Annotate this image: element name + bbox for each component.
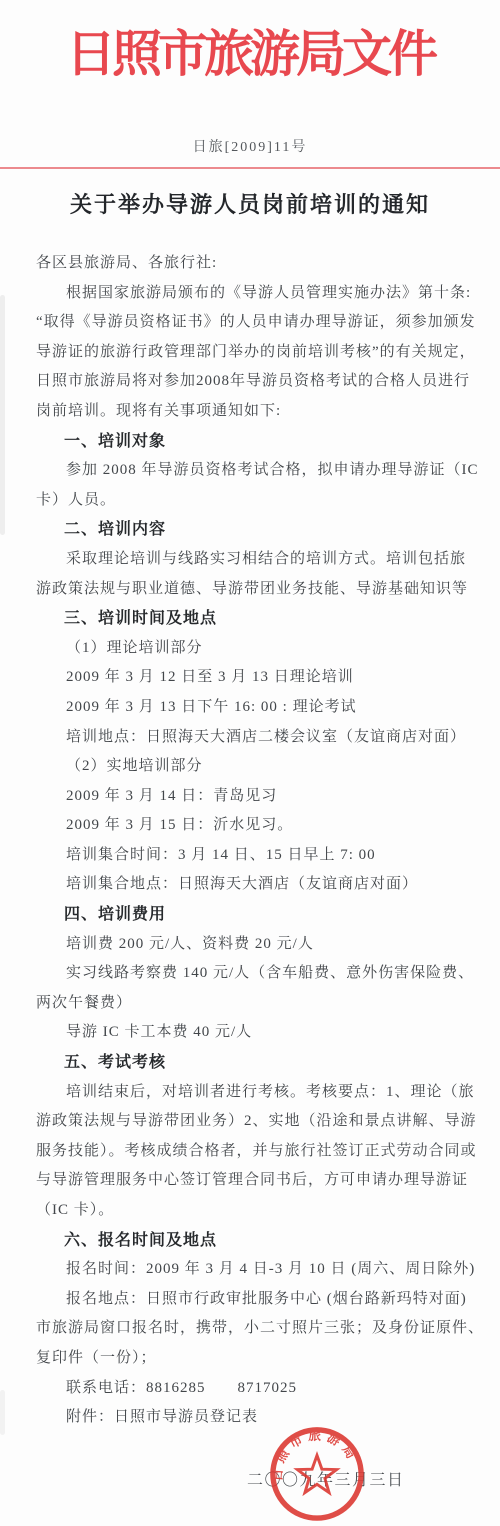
scan-artifact bbox=[0, 1390, 5, 1435]
body-line: 采取理论培训与线路实习相结合的培训方式。培训包括旅 bbox=[36, 545, 482, 575]
body-line: 游政策法规与导游带团业务）2、实地（沿途和景点讲解、导游 bbox=[36, 1107, 482, 1137]
document-page: 日照市旅游局文件 日旅[2009]11号 关于举办导游人员岗前培训的通知 各区县… bbox=[0, 0, 500, 1526]
scan-artifact bbox=[0, 295, 5, 535]
body-line: 实习线路考察费 140 元/人（含车船费、意外伤害保险费、 bbox=[36, 959, 482, 989]
agency-title: 日照市旅游局文件 bbox=[0, 14, 500, 86]
body-line: 报名地点：日照市行政审批服务中心 (烟台路新玛特对面) bbox=[36, 1285, 482, 1315]
body-line: 培训地点：日照海天大酒店二楼会议室（友谊商店对面） bbox=[36, 723, 482, 753]
seal-circle bbox=[273, 1430, 361, 1518]
red-divider-rule bbox=[0, 167, 500, 169]
body-line: （2）实地培训部分 bbox=[36, 752, 482, 782]
body-line: 游政策法规与职业道德、导游带团业务技能、导游基础知识等 bbox=[36, 575, 482, 605]
body-line: 培训集合地点：日照海天大酒店（友谊商店对面） bbox=[36, 870, 482, 900]
body-line: 培训集合时间：3 月 14 日、15 日早上 7: 00 bbox=[36, 841, 482, 871]
body-line: 根据国家旅游局颁布的《导游人员管理实施办法》第十条: bbox=[36, 279, 482, 309]
body-line: 各区县旅游局、各旅行社: bbox=[36, 249, 482, 279]
body-line: （IC 卡）。 bbox=[36, 1196, 482, 1226]
document-body: 各区县旅游局、各旅行社:根据国家旅游局颁布的《导游人员管理实施办法》第十条:“取… bbox=[36, 249, 482, 1433]
body-line: 六、报名时间及地点 bbox=[36, 1226, 482, 1256]
body-line: 卡）人员。 bbox=[36, 486, 482, 516]
doc-number: 日旅[2009]11号 bbox=[0, 136, 500, 156]
body-line: 联系电话：8816285 8717025 bbox=[36, 1374, 482, 1404]
seal-arc-text: 日照市旅游局 bbox=[269, 1428, 361, 1482]
body-line: 三、培训时间及地点 bbox=[36, 604, 482, 634]
body-line: 一、培训对象 bbox=[36, 427, 482, 457]
document-title: 关于举办导游人员岗前培训的通知 bbox=[0, 188, 500, 219]
body-line: 五、考试考核 bbox=[36, 1048, 482, 1078]
body-line: 市旅游局窗口报名时，携带，小二寸照片三张；及身份证原件、 bbox=[36, 1314, 482, 1344]
official-seal-icon: 日照市旅游局 bbox=[268, 1423, 366, 1523]
body-line: 导游 IC 卡工本费 40 元/人 bbox=[36, 1018, 482, 1048]
body-line: 日照市旅游局将对参加2008年导游员资格考试的合格人员进行 bbox=[36, 367, 482, 397]
body-line: （1）理论培训部分 bbox=[36, 634, 482, 664]
body-line: 报名时间：2009 年 3 月 4 日-3 月 10 日 (周六、周日除外) bbox=[36, 1255, 482, 1285]
body-line: 导游证的旅游行政管理部门举办的岗前培训考核”的有关规定， bbox=[36, 338, 482, 368]
body-line: 复印件（一份）； bbox=[36, 1344, 482, 1374]
svg-text:日照市旅游局: 日照市旅游局 bbox=[269, 1428, 361, 1482]
body-line: 四、培训费用 bbox=[36, 900, 482, 930]
body-line: 与导游管理服务中心签订管理合同书后，方可申请办理导游证 bbox=[36, 1166, 482, 1196]
body-line: 2009 年 3 月 14 日：青岛见习 bbox=[36, 782, 482, 812]
body-line: 岗前培训。现将有关事项通知如下: bbox=[36, 397, 482, 427]
body-line: 服务技能）。考核成绩合格者，并与旅行社签订正式劳动合同或 bbox=[36, 1137, 482, 1167]
body-line: “取得《导游员资格证书》的人员申请办理导游证，须参加颁发 bbox=[36, 308, 482, 338]
body-line: 2009 年 3 月 15 日：沂水见习。 bbox=[36, 811, 482, 841]
body-line: 两次午餐费） bbox=[36, 989, 482, 1019]
seal-star-icon bbox=[297, 1455, 336, 1492]
body-line: 培训结束后，对培训者进行考核。考核要点：1、理论（旅 bbox=[36, 1078, 482, 1108]
body-line: 2009 年 3 月 13 日下午 16: 00 : 理论考试 bbox=[36, 693, 482, 723]
body-line: 二、培训内容 bbox=[36, 515, 482, 545]
body-line: 培训费 200 元/人、资料费 20 元/人 bbox=[36, 930, 482, 960]
body-line: 参加 2008 年导游员资格考试合格，拟申请办理导游证（IC bbox=[36, 456, 482, 486]
body-line: 2009 年 3 月 12 日至 3 月 13 日理论培训 bbox=[36, 663, 482, 693]
body-line: 附件：日照市导游员登记表 bbox=[36, 1403, 482, 1433]
